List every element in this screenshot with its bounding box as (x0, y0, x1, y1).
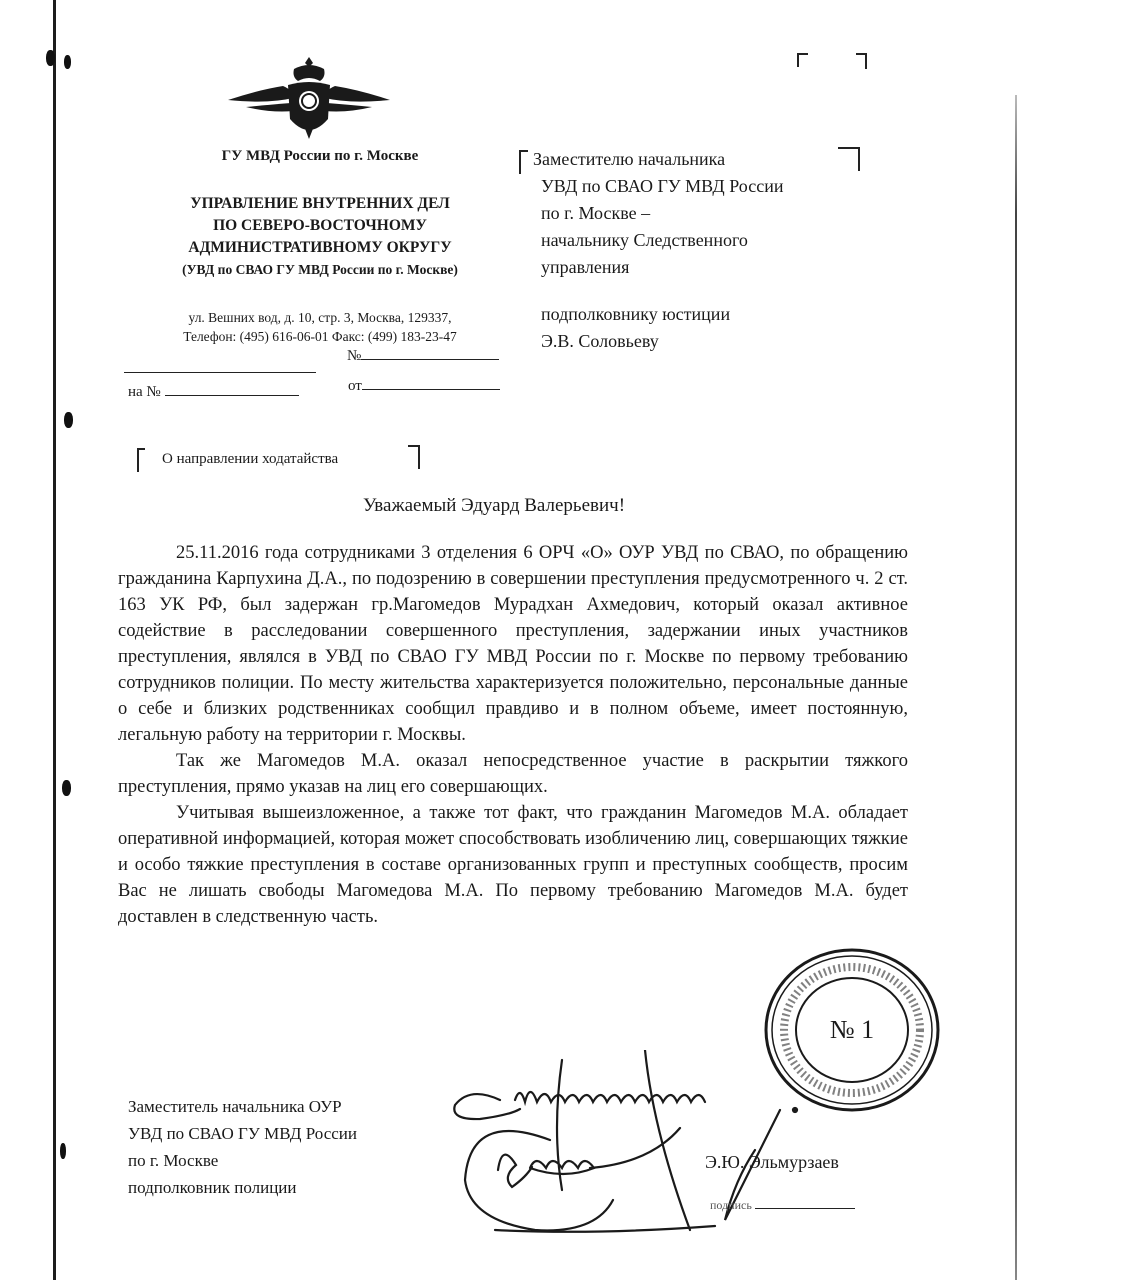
ref-value (165, 381, 299, 396)
ministry-name: ГУ МВД России по г. Москве (150, 148, 490, 165)
greeting: Уважаемый Эдуард Валерьевич! (363, 495, 625, 517)
department-line: УПРАВЛЕНИЕ ВНУТРЕННИХ ДЕЛ (120, 193, 520, 215)
recipient-line: по г. Москве – (533, 200, 783, 227)
date-field: от (348, 375, 500, 395)
signer-title-line: Заместитель начальника ОУР (128, 1093, 357, 1120)
corner-mark (838, 147, 860, 171)
recipient-line: управления (533, 254, 783, 281)
page-edge (1015, 95, 1017, 1280)
punch-hole-mark (46, 50, 55, 66)
punch-hole-mark (62, 780, 71, 796)
ref-field: на № (128, 381, 299, 401)
signer-title-line: по г. Москве (128, 1147, 357, 1174)
date-line (124, 372, 316, 373)
subject-line: О направлении ходатайства (162, 451, 338, 468)
department-line: ПО СЕВЕРО-ВОСТОЧНОМУ (120, 215, 520, 237)
department-line: АДМИНИСТРАТИВНОМУ ОКРУГУ (120, 237, 520, 259)
signer-title-line: УВД по СВАО ГУ МВД России (128, 1120, 357, 1147)
number-value (361, 345, 499, 360)
signer-title: Заместитель начальника ОУР УВД по СВАО Г… (128, 1093, 357, 1201)
punch-hole-mark (60, 1143, 66, 1159)
punch-hole-mark (64, 412, 73, 428)
signature-line (755, 1200, 855, 1209)
corner-mark (408, 445, 420, 469)
date-label: от (348, 378, 362, 394)
corner-mark (519, 150, 528, 174)
date-value (362, 375, 500, 390)
body-paragraph: Так же Магомедов М.А. оказал непосредств… (118, 748, 908, 800)
recipient-line: Заместителю начальника (533, 146, 783, 173)
recipient-line: УВД по СВАО ГУ МВД России (533, 173, 783, 200)
address-block: ул. Вешних вод, д. 10, стр. 3, Москва, 1… (120, 308, 520, 346)
signer-name: Э.Ю. Эльмурзаев (705, 1152, 839, 1173)
body-paragraph: 25.11.2016 года сотрудниками 3 отделения… (118, 540, 908, 748)
corner-mark (797, 53, 808, 67)
signer-title-line: подполковник полиции (128, 1174, 357, 1201)
contacts: Телефон: (495) 616-06-01 Факс: (499) 183… (120, 327, 520, 346)
binding-line (53, 0, 56, 1280)
corner-mark (856, 53, 867, 69)
body-paragraph: Учитывая вышеизложенное, а также тот фак… (118, 800, 908, 930)
recipient-block: Заместителю начальника УВД по СВАО ГУ МВ… (533, 146, 783, 355)
number-label: № (347, 348, 361, 364)
punch-hole-mark (64, 55, 71, 69)
ref-label: на № (128, 384, 161, 400)
letter-body: 25.11.2016 года сотрудниками 3 отделения… (118, 540, 908, 930)
recipient-line: начальнику Следственного (533, 227, 783, 254)
department-line: (УВД по СВАО ГУ МВД России по г. Москве) (120, 259, 520, 281)
signature-caption: подпись (710, 1198, 855, 1213)
recipient-rank: подполковнику юстиции (533, 301, 783, 328)
corner-mark (137, 448, 145, 472)
svg-text:№ 1: № 1 (830, 1015, 874, 1044)
mvd-emblem-icon (226, 55, 392, 145)
address: ул. Вешних вод, д. 10, стр. 3, Москва, 1… (120, 308, 520, 327)
number-field: № (347, 345, 499, 365)
department-name: УПРАВЛЕНИЕ ВНУТРЕННИХ ДЕЛ ПО СЕВЕРО-ВОСТ… (120, 193, 520, 281)
recipient-name: Э.В. Соловьеву (533, 328, 783, 355)
signature-caption-label: подпись (710, 1198, 752, 1212)
